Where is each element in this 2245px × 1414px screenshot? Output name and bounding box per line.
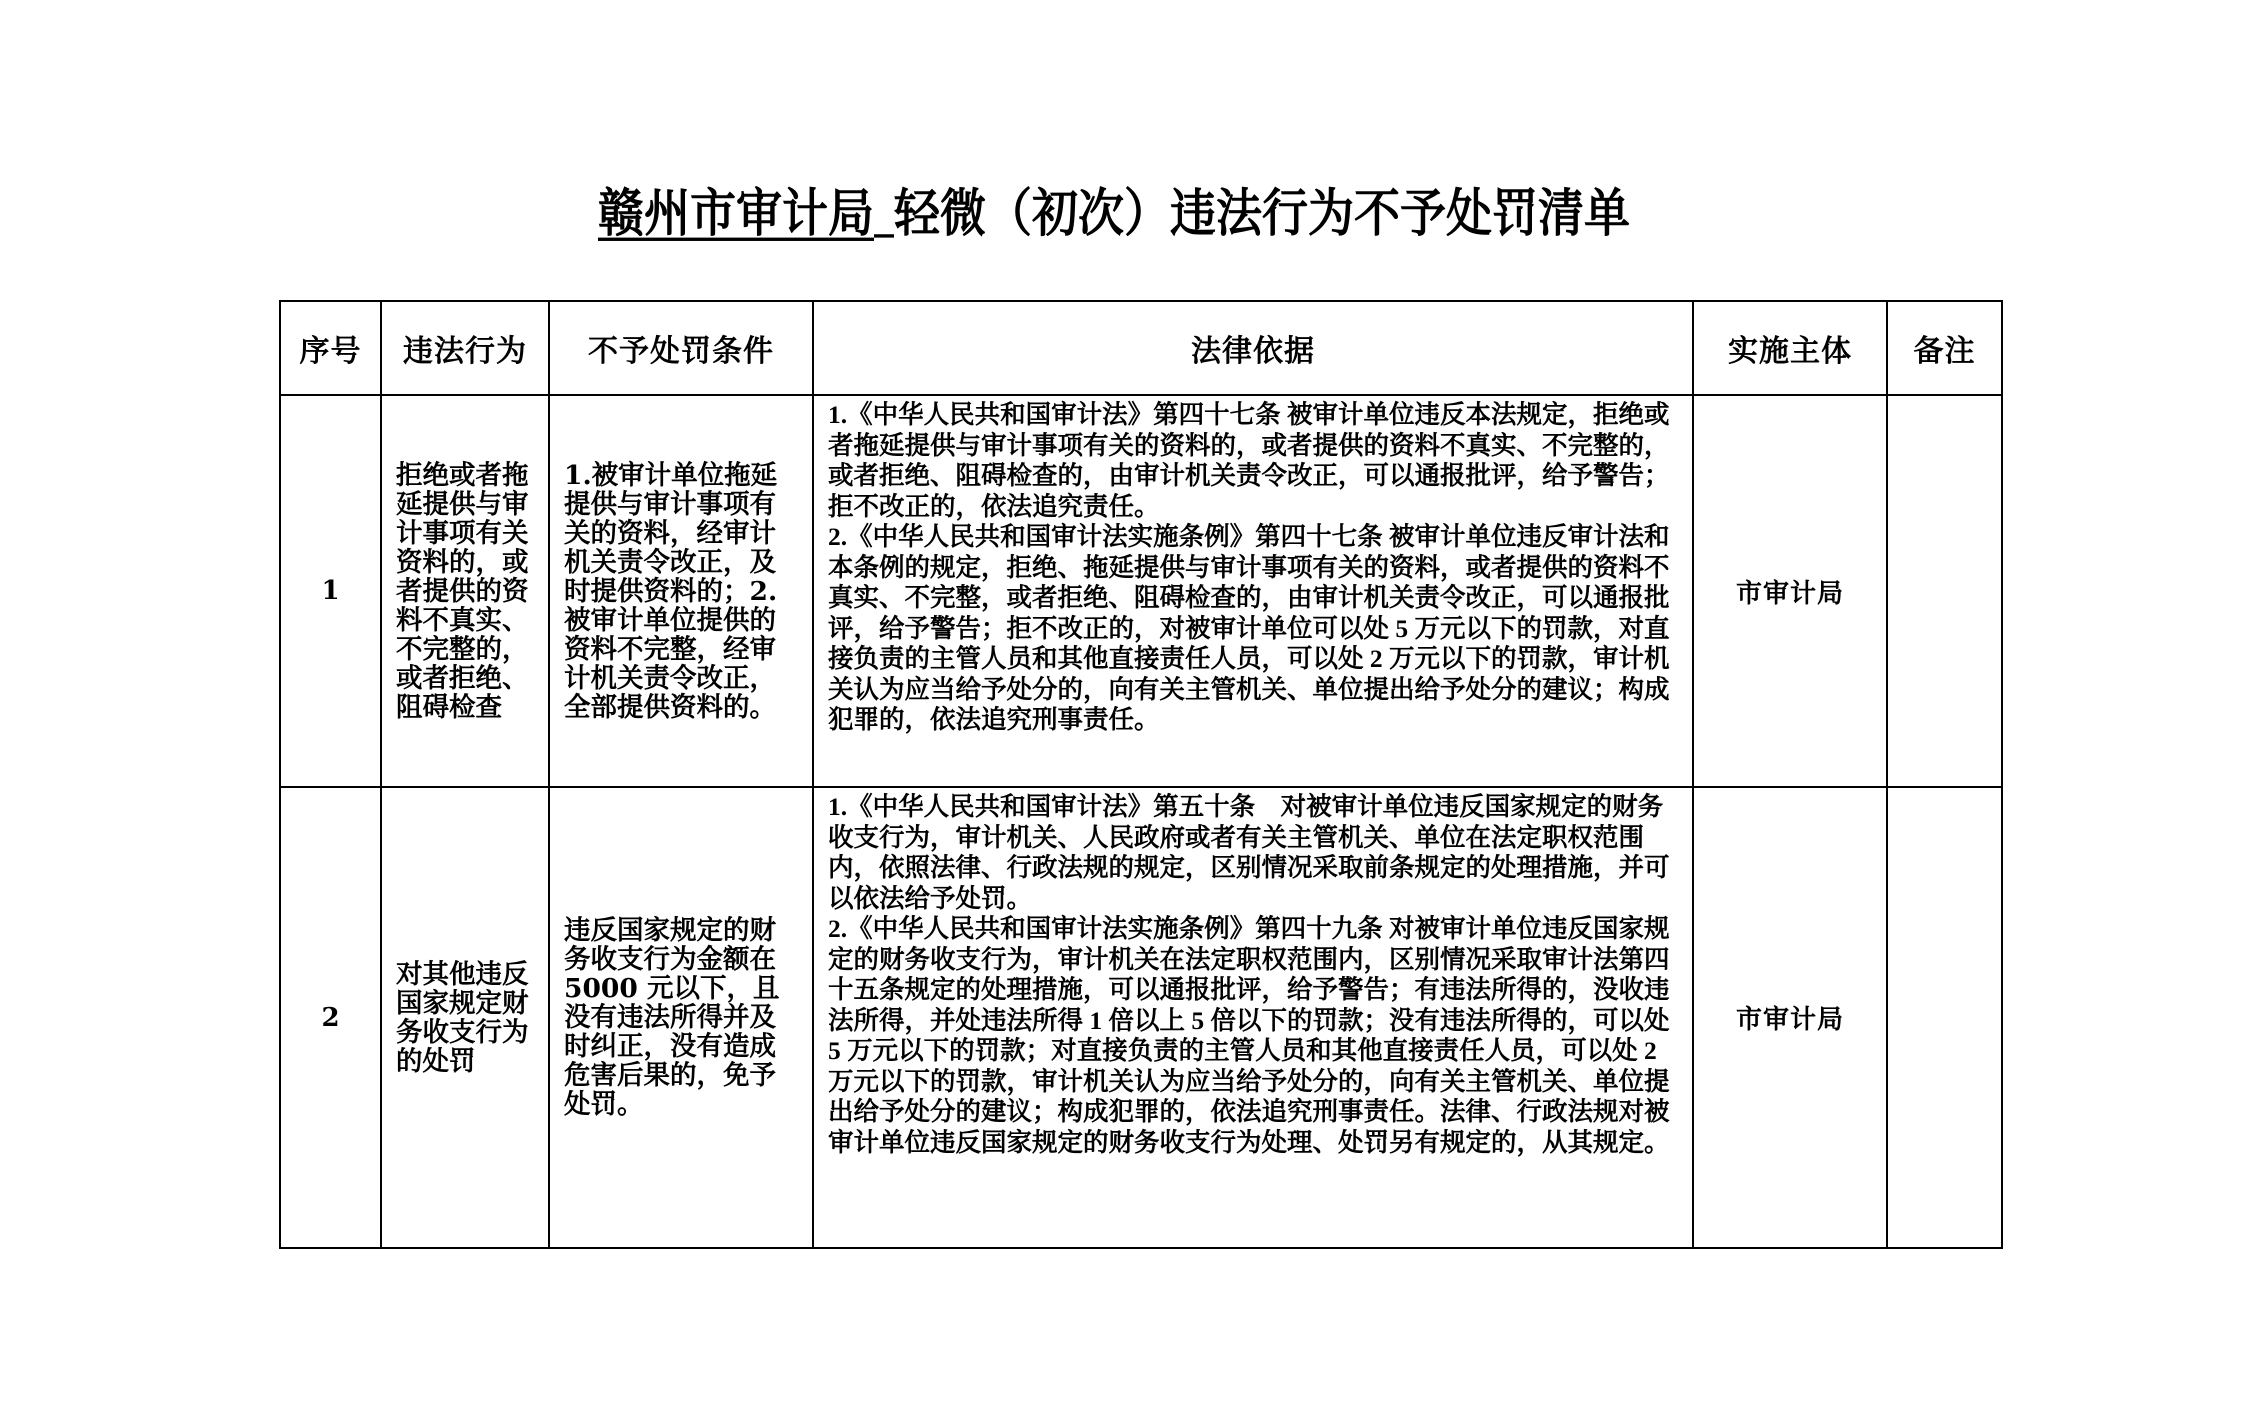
header-remarks: 备注 (1887, 301, 2002, 395)
legal-basis-item: 1.《中华人民共和国审计法》第五十条 对被审计单位违反国家规定的财务收支行为，审… (828, 792, 1678, 914)
row-violation: 对其他违反国家规定财务收支行为的处罚 (381, 787, 549, 1248)
title-agency: 赣州市审计局 (598, 183, 874, 243)
legal-basis-item: 1.《中华人民共和国审计法》第四十七条 被审计单位违反本法规定，拒绝或者拖延提供… (828, 400, 1678, 522)
row-conditions: 违反国家规定的财务收支行为金额在 5000 元以下，且没有违法所得并及时纠正，没… (549, 787, 813, 1248)
row-remarks (1887, 787, 2002, 1248)
legal-basis-item: 2.《中华人民共和国审计法实施条例》第四十七条 被审计单位违反审计法和本条例的规… (828, 522, 1678, 736)
row-legal-basis: 1.《中华人民共和国审计法》第四十七条 被审计单位违反本法规定，拒绝或者拖延提供… (813, 395, 1693, 787)
penalty-exemption-table: 序号 违法行为 不予处罚条件 法律依据 实施主体 备注 1 拒绝或者拖延提供与审… (279, 300, 2003, 1249)
header-entity: 实施主体 (1693, 301, 1887, 395)
table-header-row: 序号 违法行为 不予处罚条件 法律依据 实施主体 备注 (280, 301, 2002, 395)
header-legal-basis: 法律依据 (813, 301, 1693, 395)
title-underline-gap (874, 176, 894, 238)
header-index: 序号 (280, 301, 381, 395)
header-violation: 违法行为 (381, 301, 549, 395)
header-conditions: 不予处罚条件 (549, 301, 813, 395)
row-remarks (1887, 395, 2002, 787)
table-row: 2 对其他违反国家规定财务收支行为的处罚 违反国家规定的财务收支行为金额在 50… (280, 787, 2002, 1248)
row-index: 2 (280, 787, 381, 1248)
document-title: 赣州市审计局轻微（初次）违法行为不予处罚清单 (598, 176, 1688, 250)
row-violation: 拒绝或者拖延提供与审计事项有关资料的，或者提供的资料不真实、不完整的，或者拒绝、… (381, 395, 549, 787)
row-entity: 市审计局 (1693, 787, 1887, 1248)
row-entity: 市审计局 (1693, 395, 1887, 787)
row-conditions: 1.被审计单位拖延提供与审计事项有关的资料，经审计机关责令改正，及时提供资料的；… (549, 395, 813, 787)
title-subject: 轻微（初次）违法行为不予处罚清单 (894, 183, 1630, 243)
legal-basis-item: 2.《中华人民共和国审计法实施条例》第四十九条 对被审计单位违反国家规定的财务收… (828, 914, 1678, 1158)
table-row: 1 拒绝或者拖延提供与审计事项有关资料的，或者提供的资料不真实、不完整的，或者拒… (280, 395, 2002, 787)
row-legal-basis: 1.《中华人民共和国审计法》第五十条 对被审计单位违反国家规定的财务收支行为，审… (813, 787, 1693, 1248)
row-index: 1 (280, 395, 381, 787)
